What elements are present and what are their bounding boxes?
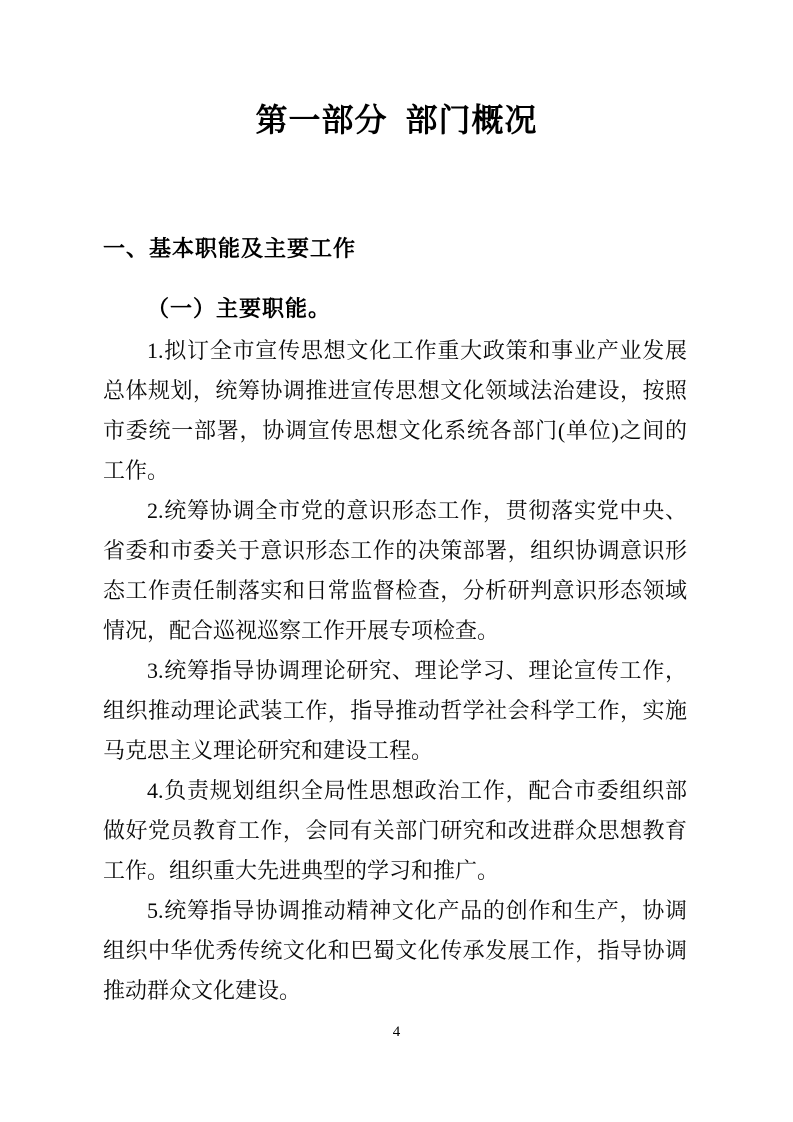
page-number: 4	[0, 1022, 793, 1042]
paragraph-line: 市委统一部署，协调宣传思想文化系统各部门(单位)之间的	[103, 411, 687, 451]
document-page: 第一部分 部门概况 一、基本职能及主要工作 （一）主要职能。 1.拟订全市宣传思…	[0, 0, 793, 1122]
paragraph-line: 组织推动理论武装工作，指导推动哲学社会科学工作，实施	[103, 691, 687, 731]
paragraph-line: 工作。组织重大先进典型的学习和推广。	[103, 851, 687, 891]
paragraph-line: 情况，配合巡视巡察工作开展专项检查。	[103, 611, 687, 651]
paragraph-line: 马克思主义理论研究和建设工程。	[103, 731, 687, 771]
paragraph: 5.统筹指导协调推动精神文化产品的创作和生产，协调组织中华优秀传统文化和巴蜀文化…	[103, 891, 687, 1011]
paragraph: 3.统筹指导协调理论研究、理论学习、理论宣传工作，组织推动理论武装工作，指导推动…	[103, 651, 687, 771]
paragraph: 4.负责规划组织全局性思想政治工作，配合市委组织部做好党员教育工作，会同有关部门…	[103, 771, 687, 891]
paragraph-line: 省委和市委关于意识形态工作的决策部署，组织协调意识形	[103, 531, 687, 571]
paragraph-line: 推动群众文化建设。	[103, 971, 687, 1011]
paragraph-line: 组织中华优秀传统文化和巴蜀文化传承发展工作，指导协调	[103, 931, 687, 971]
paragraph-line: 态工作责任制落实和日常监督检查，分析研判意识形态领域	[103, 571, 687, 611]
paragraph-line: 1.拟订全市宣传思想文化工作重大政策和事业产业发展	[103, 331, 687, 371]
paragraph-line: 5.统筹指导协调推动精神文化产品的创作和生产，协调	[103, 891, 687, 931]
paragraph-line: 做好党员教育工作，会同有关部门研究和改进群众思想教育	[103, 811, 687, 851]
subsection-heading: （一）主要职能。	[103, 296, 687, 322]
paragraph-line: 总体规划，统筹协调推进宣传思想文化领域法治建设，按照	[103, 371, 687, 411]
document-title: 第一部分 部门概况	[0, 0, 793, 140]
paragraph: 1.拟订全市宣传思想文化工作重大政策和事业产业发展总体规划，统筹协调推进宣传思想…	[103, 331, 687, 491]
paragraph: 2.统筹协调全市党的意识形态工作，贯彻落实党中央、省委和市委关于意识形态工作的决…	[103, 491, 687, 651]
paragraph-line: 2.统筹协调全市党的意识形态工作，贯彻落实党中央、	[103, 491, 687, 531]
section-heading: 一、基本职能及主要工作	[103, 236, 687, 262]
paragraph-line: 工作。	[103, 451, 687, 491]
paragraph-line: 4.负责规划组织全局性思想政治工作，配合市委组织部	[103, 771, 687, 811]
body-paragraphs: 1.拟订全市宣传思想文化工作重大政策和事业产业发展总体规划，统筹协调推进宣传思想…	[103, 331, 687, 1011]
document-content: 一、基本职能及主要工作 （一）主要职能。 1.拟订全市宣传思想文化工作重大政策和…	[103, 236, 687, 1011]
paragraph-line: 3.统筹指导协调理论研究、理论学习、理论宣传工作，	[103, 651, 687, 691]
